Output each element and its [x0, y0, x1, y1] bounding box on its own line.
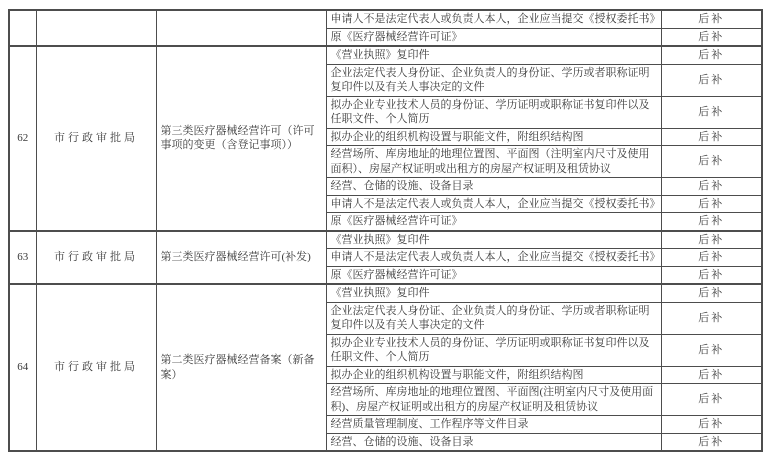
status-cell: 后补 [661, 416, 762, 434]
status-cell: 后补 [661, 231, 762, 249]
status-cell: 后补 [661, 195, 762, 213]
document-cell: 企业法定代表人身份证、企业负责人的身份证、学历或者职称证明复印件以及有关人事决定… [326, 302, 661, 334]
status-cell: 后补 [661, 128, 762, 146]
department-cell: 市行政审批局 [36, 46, 156, 231]
status-cell: 后补 [661, 266, 762, 284]
table-row: 申请人不是法定代表人或负责人本人，企业应当提交《授权委托书》后补 [9, 10, 762, 28]
document-cell: 原《医疗器械经营许可证》 [326, 28, 661, 46]
department-cell [36, 10, 156, 46]
status-cell: 后补 [661, 366, 762, 384]
status-cell: 后补 [661, 433, 762, 451]
document-cell: 原《医疗器械经营许可证》 [326, 213, 661, 231]
document-cell: 企业法定代表人身份证、企业负责人的身份证、学历或者职称证明复印件以及有关人事决定… [326, 64, 661, 96]
status-cell: 后补 [661, 302, 762, 334]
document-cell: 原《医疗器械经营许可证》 [326, 266, 661, 284]
document-cell: 申请人不是法定代表人或负责人本人，企业应当提交《授权委托书》 [326, 195, 661, 213]
item-name-cell [156, 10, 326, 46]
item-name-cell: 第二类医疗器械经营备案（新备案） [156, 284, 326, 451]
row-number-cell: 63 [9, 231, 36, 285]
document-cell: 拟办企业的组织机构设置与职能文件，附组织结构图 [326, 366, 661, 384]
table-body: 申请人不是法定代表人或负责人本人，企业应当提交《授权委托书》后补原《医疗器械经营… [9, 10, 762, 451]
approval-items-table: 申请人不是法定代表人或负责人本人，企业应当提交《授权委托书》后补原《医疗器械经营… [8, 9, 763, 452]
item-name-cell: 第三类医疗器械经营许可(补发) [156, 231, 326, 285]
status-cell: 后补 [661, 213, 762, 231]
row-number-cell: 62 [9, 46, 36, 231]
status-cell: 后补 [661, 384, 762, 416]
document-cell: 《营业执照》复印件 [326, 46, 661, 64]
table-row: 64市行政审批局第二类医疗器械经营备案（新备案）《营业执照》复印件后补 [9, 284, 762, 302]
document-cell: 拟办企业专业技术人员的身份证、学历证明或职称证书复印件以及任职文件、个人简历 [326, 96, 661, 128]
status-cell: 后补 [661, 284, 762, 302]
status-cell: 后补 [661, 146, 762, 178]
document-cell: 经营场所、库房地址的地理位置图、平面图（注明室内尺寸及使用面积）、房屋产权证明或… [326, 146, 661, 178]
status-cell: 后补 [661, 96, 762, 128]
document-cell: 《营业执照》复印件 [326, 231, 661, 249]
document-page: 申请人不是法定代表人或负责人本人，企业应当提交《授权委托书》后补原《医疗器械经营… [0, 0, 769, 457]
document-cell: 经营场所、库房地址的地理位置图、平面图(注明室内尺寸及使用面积)、房屋产权证明或… [326, 384, 661, 416]
status-cell: 后补 [661, 178, 762, 196]
document-cell: 经营、仓储的设施、设备目录 [326, 178, 661, 196]
table-row: 62市行政审批局第三类医疗器械经营许可（许可事项的变更（含登记事项））《营业执照… [9, 46, 762, 64]
document-cell: 拟办企业的组织机构设置与职能文件，附组织结构图 [326, 128, 661, 146]
row-number-cell [9, 10, 36, 46]
document-cell: 经营、仓储的设施、设备目录 [326, 433, 661, 451]
document-cell: 《营业执照》复印件 [326, 284, 661, 302]
status-cell: 后补 [661, 46, 762, 64]
row-number-cell: 64 [9, 284, 36, 451]
document-cell: 申请人不是法定代表人或负责人本人，企业应当提交《授权委托书》 [326, 249, 661, 267]
status-cell: 后补 [661, 28, 762, 46]
department-cell: 市行政审批局 [36, 231, 156, 285]
status-cell: 后补 [661, 249, 762, 267]
department-cell: 市行政审批局 [36, 284, 156, 451]
document-cell: 申请人不是法定代表人或负责人本人，企业应当提交《授权委托书》 [326, 10, 661, 28]
status-cell: 后补 [661, 10, 762, 28]
table-row: 63市行政审批局第三类医疗器械经营许可(补发)《营业执照》复印件后补 [9, 231, 762, 249]
status-cell: 后补 [661, 334, 762, 366]
status-cell: 后补 [661, 64, 762, 96]
document-cell: 经营质量管理制度、工作程序等文件目录 [326, 416, 661, 434]
item-name-cell: 第三类医疗器械经营许可（许可事项的变更（含登记事项）） [156, 46, 326, 231]
document-cell: 拟办企业专业技术人员的身份证、学历证明或职称证书复印件以及任职文件、个人简历 [326, 334, 661, 366]
